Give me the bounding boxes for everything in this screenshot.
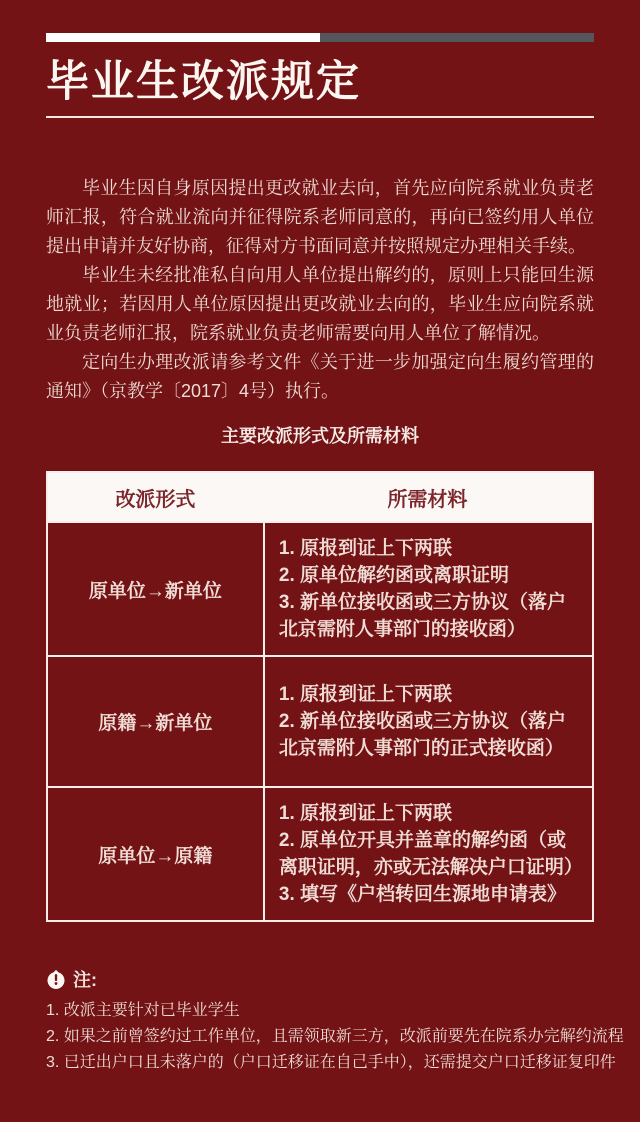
reassignment-table: 改派形式 所需材料 原单位→新单位 1. 原报到证上下两联 2. 原单位解约函或… <box>46 471 594 922</box>
material-item: 1. 原报到证上下两联 <box>279 535 578 562</box>
material-item: 1. 原报到证上下两联 <box>279 681 578 708</box>
note-item: 2. 如果之前曾签约过工作单位，且需领取新三方，改派前要先在院系办完解约流程 <box>46 1024 594 1050</box>
cell-form: 原籍→新单位 <box>48 657 265 786</box>
intro-paragraph: 定向生办理改派请参考文件《关于进一步加强定向生履约管理的通知》（京教学〔2017… <box>46 348 594 406</box>
alert-icon <box>46 969 66 989</box>
accent-bar-gray-segment <box>320 33 594 42</box>
table-section-title: 主要改派形式及所需材料 <box>46 422 594 448</box>
intro-paragraph: 毕业生未经批准私自向用人单位提出解约的，原则上只能回生源地就业；若因用人单位原因… <box>46 261 594 348</box>
notes-label: 注: <box>73 966 97 992</box>
cell-form: 原单位→新单位 <box>48 523 265 655</box>
intro-paragraph: 毕业生因自身原因提出更改就业去向，首先应向院系就业负责老师汇报，符合就业流向并征… <box>46 174 594 261</box>
cell-form: 原单位→原籍 <box>48 788 265 920</box>
cell-materials: 1. 原报到证上下两联 2. 原单位开具并盖章的解约函（或离职证明，亦或无法解决… <box>265 788 592 920</box>
notes-list: 1. 改派主要针对已毕业学生 2. 如果之前曾签约过工作单位，且需领取新三方，改… <box>46 998 594 1076</box>
intro-paragraphs: 毕业生因自身原因提出更改就业去向，首先应向院系就业负责老师汇报，符合就业流向并征… <box>46 174 594 406</box>
table-header-row: 改派形式 所需材料 <box>48 473 592 521</box>
title-underline <box>46 116 594 118</box>
material-item: 2. 原单位解约函或离职证明 <box>279 562 578 589</box>
column-header-materials: 所需材料 <box>263 473 592 521</box>
note-item: 1. 改派主要针对已毕业学生 <box>46 998 594 1024</box>
cell-materials: 1. 原报到证上下两联 2. 新单位接收函或三方协议（落户北京需附人事部门的正式… <box>265 657 592 786</box>
page-title: 毕业生改派规定 <box>46 57 594 107</box>
material-item: 1. 原报到证上下两联 <box>279 800 578 827</box>
material-item: 2. 原单位开具并盖章的解约函（或离职证明，亦或无法解决户口证明） <box>279 827 578 881</box>
table-row: 原籍→新单位 1. 原报到证上下两联 2. 新单位接收函或三方协议（落户北京需附… <box>48 655 592 786</box>
poster-page: 毕业生改派规定 毕业生因自身原因提出更改就业去向，首先应向院系就业负责老师汇报，… <box>0 0 640 1122</box>
top-accent-bar <box>46 33 594 42</box>
notes-section: 注: 1. 改派主要针对已毕业学生 2. 如果之前曾签约过工作单位，且需领取新三… <box>46 966 594 1076</box>
table-row: 原单位→原籍 1. 原报到证上下两联 2. 原单位开具并盖章的解约函（或离职证明… <box>48 786 592 920</box>
column-header-form: 改派形式 <box>48 473 263 521</box>
material-item: 2. 新单位接收函或三方协议（落户北京需附人事部门的正式接收函） <box>279 708 578 762</box>
table-row: 原单位→新单位 1. 原报到证上下两联 2. 原单位解约函或离职证明 3. 新单… <box>48 521 592 655</box>
cell-materials: 1. 原报到证上下两联 2. 原单位解约函或离职证明 3. 新单位接收函或三方协… <box>265 523 592 655</box>
material-item: 3. 新单位接收函或三方协议（落户北京需附人事部门的接收函） <box>279 589 578 643</box>
accent-bar-white-segment <box>46 33 320 42</box>
note-item: 3. 已迁出户口且未落户的（户口迁移证在自己手中），还需提交户口迁移证复印件 <box>46 1050 594 1076</box>
material-item: 3. 填写《户档转回生源地申请表》 <box>279 881 578 908</box>
notes-header: 注: <box>46 966 594 992</box>
